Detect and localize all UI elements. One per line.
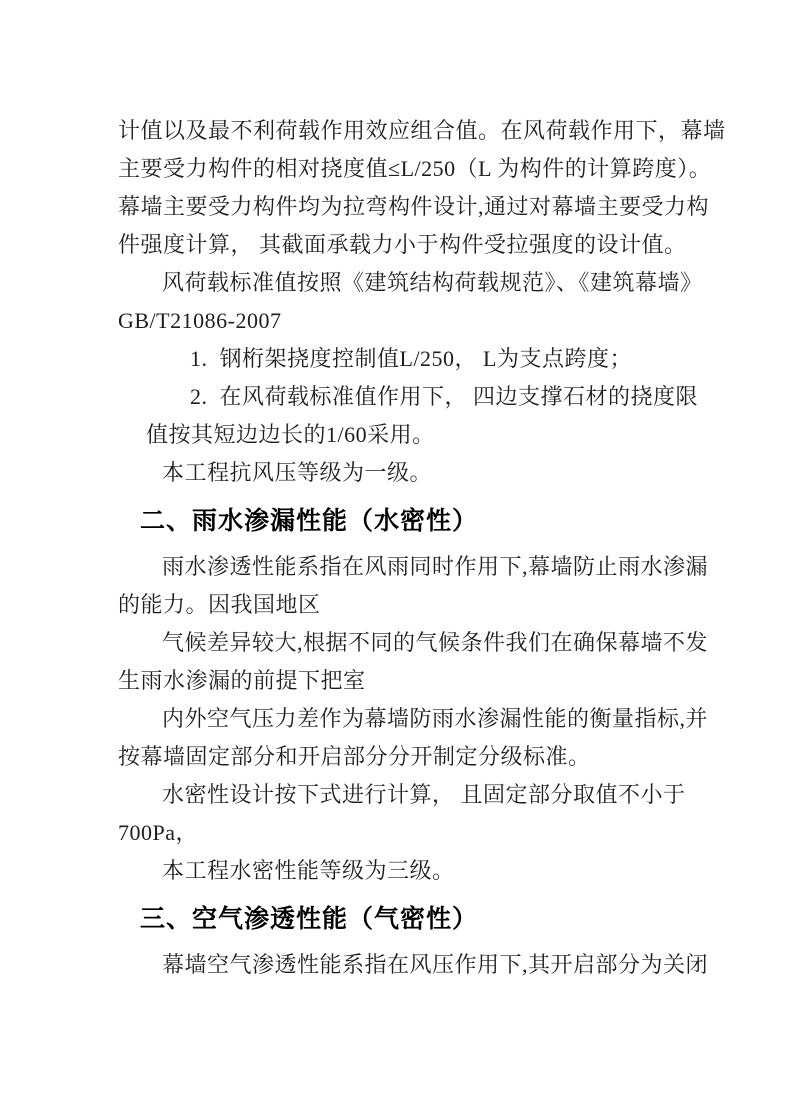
text-line: 生雨水渗漏的前提下把室	[118, 662, 698, 700]
text-line: 本工程抗风压等级为一级。	[162, 454, 698, 492]
text-line: 气候差异较大,根据不同的气候条件我们在确保幕墙不发	[162, 624, 698, 662]
text-line: 水密性设计按下式进行计算， 且固定部分取值不小于	[162, 776, 698, 814]
section-heading: 二、雨水渗漏性能（水密性）	[140, 502, 698, 540]
text-line: 计值以及最不利荷载作用效应组合值。在风荷载作用下，幕墙	[118, 112, 698, 150]
text-line: 雨水渗透性能系指在风雨同时作用下,幕墙防止雨水渗漏	[162, 548, 698, 586]
section-heading: 三、空气渗透性能（气密性）	[140, 900, 698, 938]
text-line: 1. 钢桁架挠度控制值L/250， L为支点跨度；	[190, 340, 698, 378]
text-line: 的能力。因我国地区	[118, 586, 698, 624]
document-page: 计值以及最不利荷载作用效应组合值。在风荷载作用下，幕墙主要受力构件的相对挠度值≤…	[0, 0, 790, 1118]
text-line: 幕墙空气渗透性能系指在风压作用下,其开启部分为关闭	[162, 946, 698, 984]
text-line: 值按其短边边长的1/60采用。	[146, 416, 698, 454]
text-line: 本工程水密性能等级为三级。	[162, 852, 698, 890]
text-line: 2. 在风荷载标准值作用下， 四边支撑石材的挠度限	[190, 378, 698, 416]
text-line: 按幕墙固定部分和开启部分分开制定分级标准。	[118, 738, 698, 776]
text-line: 幕墙主要受力构件均为拉弯构件设计,通过对幕墙主要受力构	[118, 188, 698, 226]
text-line: GB/T21086-2007	[118, 302, 698, 340]
text-line: 风荷载标准值按照《建筑结构荷载规范》、《建筑幕墙》	[162, 264, 698, 302]
text-line: 件强度计算， 其截面承载力小于构件受拉强度的设计值。	[118, 226, 698, 264]
text-line: 700Pa，	[118, 814, 698, 852]
text-line: 内外空气压力差作为幕墙防雨水渗漏性能的衡量指标,并	[162, 700, 698, 738]
text-line: 主要受力构件的相对挠度值≤L/250（L 为构件的计算跨度）。	[118, 150, 698, 188]
document-content: 计值以及最不利荷载作用效应组合值。在风荷载作用下，幕墙主要受力构件的相对挠度值≤…	[118, 112, 698, 984]
